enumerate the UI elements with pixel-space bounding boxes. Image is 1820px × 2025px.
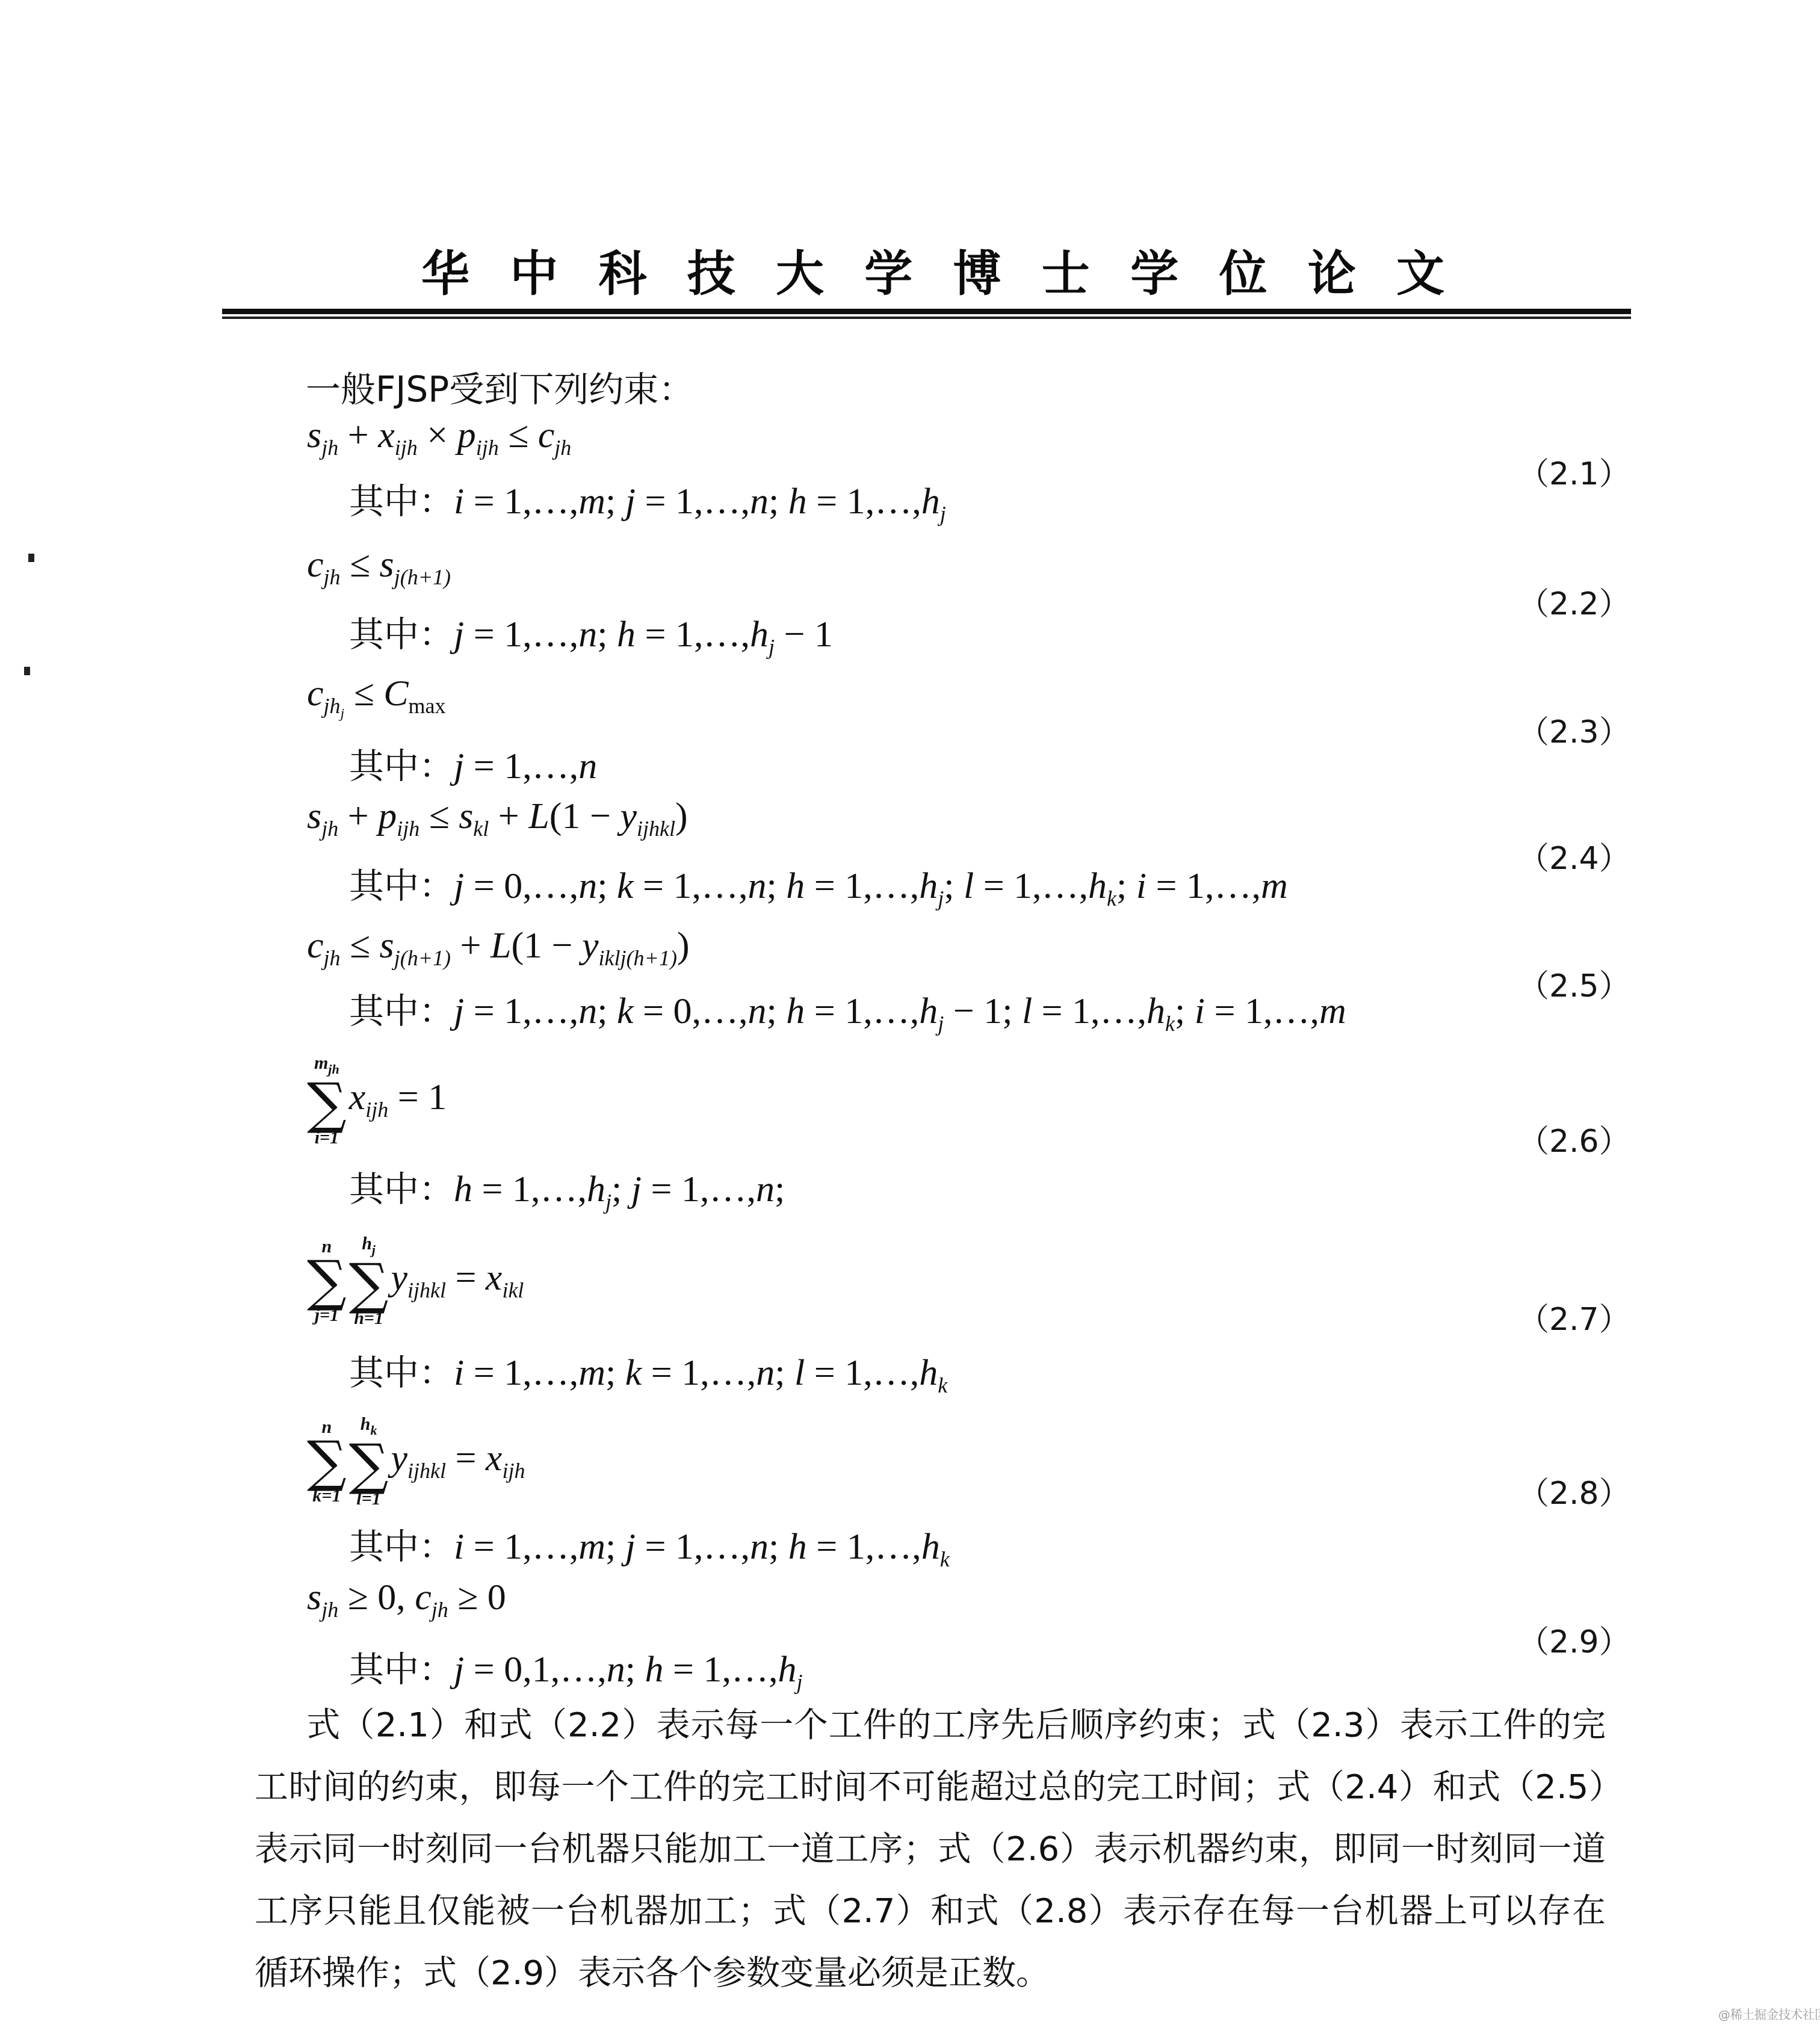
where-2-6: 其中：h = 1,…,hj; j = 1,…,n;	[349, 1161, 785, 1214]
where-2-2: 其中：j = 1,…,n; h = 1,…,hj − 1	[349, 606, 833, 660]
where-2-4: 其中：j = 0,…,n; k = 1,…,n; h = 1,…,hj; l =…	[349, 858, 1288, 911]
where-2-3: 其中：j = 1,…,n	[349, 738, 597, 788]
where-2-1: 其中：i = 1,…,m; j = 1,…,n; h = 1,…,hj	[349, 473, 946, 527]
header-rule-thin	[222, 317, 1631, 319]
where-2-9: 其中：j = 0,1,…,n; h = 1,…,hj	[349, 1641, 802, 1695]
sum-symbol: mjh∑i=1	[307, 1053, 347, 1148]
equation-2-2: cjh ≤ sj(h+1)	[307, 543, 451, 590]
margin-mark	[28, 554, 34, 562]
equation-number: （2.5）	[1518, 960, 1630, 1006]
header-char: 华	[421, 235, 469, 304]
equation-number: （2.3）	[1518, 706, 1630, 752]
page-header-title: 华 中 科 技 大 学 博 士 学 位 论 文	[421, 235, 1444, 304]
header-char: 士	[1042, 235, 1090, 304]
where-2-8: 其中：i = 1,…,m; j = 1,…,n; h = 1,…,hk	[349, 1518, 950, 1572]
header-char: 博	[953, 235, 1001, 304]
equation-2-9: sjh ≥ 0, cjh ≥ 0	[307, 1576, 506, 1622]
equation-2-7: n∑j=1hj∑h=1yijhkl = xikl	[307, 1234, 524, 1329]
header-char: 中	[510, 235, 558, 304]
equation-number: （2.8）	[1518, 1468, 1630, 1513]
equation-2-1: sjh + xijh × pijh ≤ cjh	[307, 414, 571, 460]
equation-number: （2.6）	[1518, 1116, 1630, 1161]
equation-number: （2.7）	[1518, 1294, 1630, 1339]
where-2-7: 其中：i = 1,…,m; k = 1,…,n; l = 1,…,hk	[349, 1344, 947, 1398]
equation-number: （2.4）	[1518, 833, 1630, 878]
header-char: 位	[1219, 235, 1267, 304]
equation-number: （2.2）	[1518, 578, 1630, 623]
intro-text: 一般FJSP受到下列约束：	[306, 361, 693, 412]
header-char: 技	[687, 235, 735, 304]
equation-number: （2.9）	[1518, 1616, 1630, 1662]
explanation-paragraph: 式（2.1）和式（2.2）表示每一个工件的工序先后顺序约束；式（2.3）表示工件…	[255, 1694, 1606, 2004]
header-char: 文	[1396, 235, 1444, 304]
sum-symbol: hj∑h=1	[349, 1234, 389, 1329]
header-char: 学	[1130, 235, 1178, 304]
equation-2-5: cjh ≤ sj(h+1) + L(1 − yiklj(h+1))	[307, 924, 690, 971]
equation-number: （2.1）	[1518, 448, 1630, 493]
sum-symbol: hk∑l=1	[349, 1414, 389, 1509]
sum-symbol: n∑j=1	[307, 1237, 347, 1326]
header-rule-thick	[222, 309, 1631, 314]
header-char: 科	[599, 235, 647, 304]
header-char: 大	[776, 235, 824, 304]
margin-mark	[24, 667, 30, 675]
equation-2-3: cjhj ≤ Cmax	[307, 672, 446, 722]
header-char: 论	[1308, 235, 1356, 304]
header-char: 学	[864, 235, 912, 304]
sum-symbol: n∑k=1	[307, 1417, 347, 1506]
equation-2-8: n∑k=1hk∑l=1yijhkl = xijh	[307, 1414, 525, 1509]
where-2-5: 其中：j = 1,…,n; k = 0,…,n; h = 1,…,hj − 1;…	[349, 983, 1346, 1036]
paragraph-text: 式（2.1）和式（2.2）表示每一个工件的工序先后顺序约束；式（2.3）表示工件…	[255, 1705, 1606, 1993]
equation-2-6: mjh∑i=1xijh = 1	[307, 1053, 447, 1148]
watermark: @稀土掘金技术社区	[1718, 2005, 1820, 2023]
equation-2-4: sjh + pijh ≤ skl + L(1 − yijhkl)	[307, 795, 688, 841]
